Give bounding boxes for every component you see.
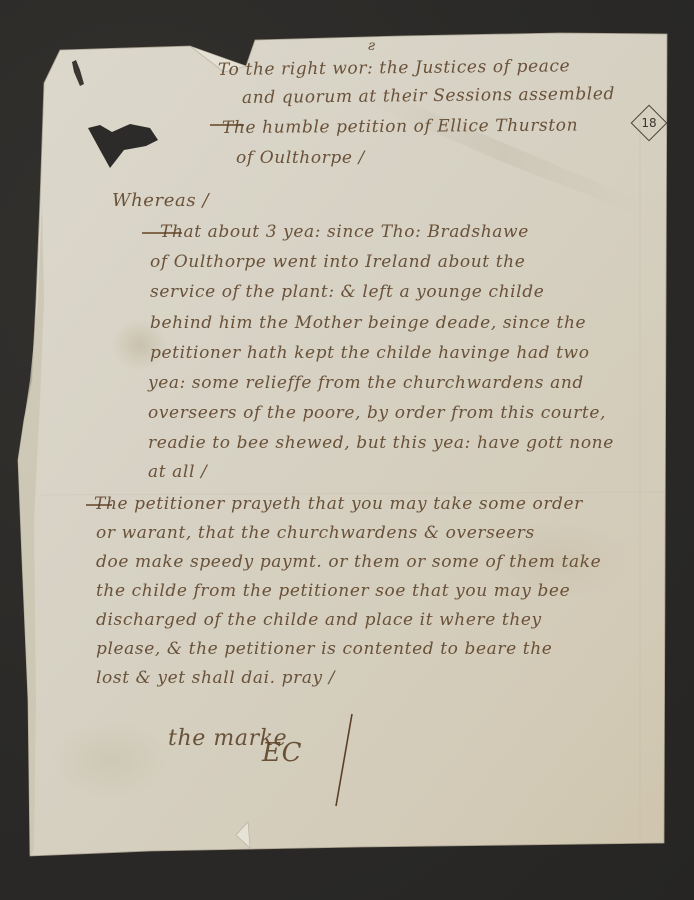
body-line: overseers of the poore, by order from th… xyxy=(148,403,606,423)
body-line: of Oulthorpe went into Ireland about the xyxy=(150,252,525,272)
body-line: service of the plant: & left a younge ch… xyxy=(150,282,544,302)
body-line: please, & the petitioner is contented to… xyxy=(96,639,552,659)
address-line: To the right wor: the Justices of peace xyxy=(218,56,570,80)
body-line: That about 3 yea: since Tho: Bradshawe xyxy=(160,222,529,242)
body-line: the childe from the petitioner soe that … xyxy=(96,581,570,601)
salutation: Whereas / xyxy=(112,190,209,211)
body-line: discharged of the childe and place it wh… xyxy=(96,610,542,630)
body-line: doe make speedy paymt. or them or some o… xyxy=(96,552,601,572)
superscript-flourish: ƨ xyxy=(368,38,376,54)
body-line: yea: some relieffe from the churchwarden… xyxy=(148,373,584,393)
petition-heading: The humble petition of Ellice Thurston xyxy=(222,116,578,138)
body-line: readie to bee shewed, but this yea: have… xyxy=(148,433,614,453)
petition-heading: of Oulthorpe / xyxy=(236,148,365,168)
body-line: lost & yet shall dai. pray / xyxy=(96,668,335,688)
signature-slash xyxy=(330,710,360,810)
signature-mark: EC xyxy=(262,738,302,768)
body-line: The petitioner prayeth that you may take… xyxy=(94,494,583,514)
address-line: and quorum at their Sessions assembled xyxy=(242,84,615,108)
body-line: at all / xyxy=(148,462,207,482)
manuscript-text: ƨ To the right wor: the Justices of peac… xyxy=(0,0,694,900)
body-line: petitioner hath kept the childe havinge … xyxy=(150,343,590,363)
body-line: or warant, that the churchwardens & over… xyxy=(96,523,535,543)
body-line: behind him the Mother beinge deade, sinc… xyxy=(150,313,586,333)
